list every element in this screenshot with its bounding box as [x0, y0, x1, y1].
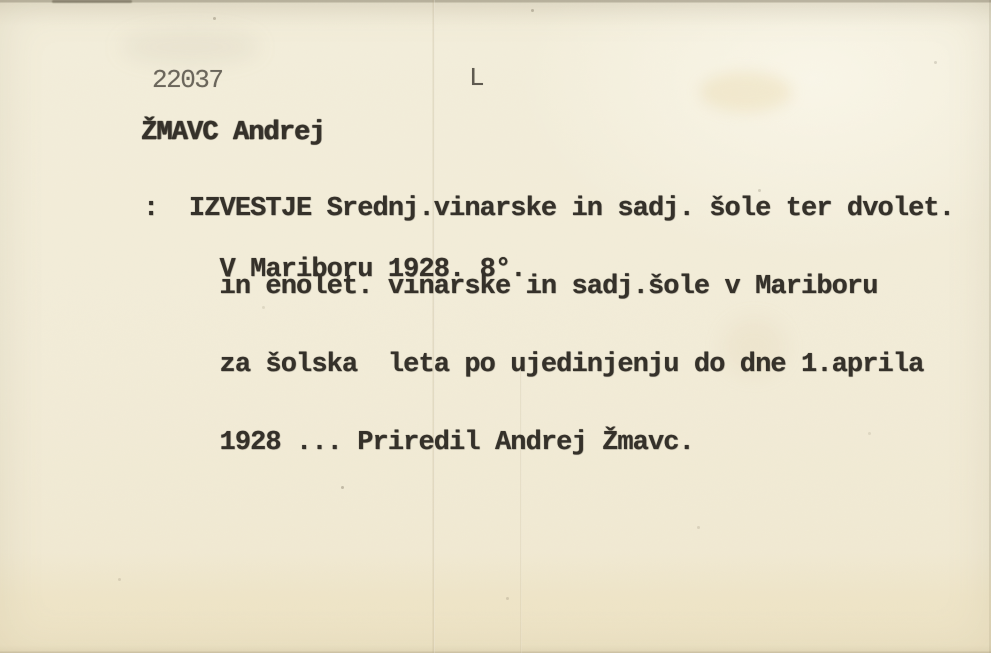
paper-stain [700, 72, 792, 112]
card-top-edge-mark [52, 0, 132, 3]
section-letter: L [469, 65, 485, 91]
card-top-edge [0, 0, 991, 26]
paper-stain [120, 30, 260, 64]
entry-line-4: 1928 ... Priredil Andrej Žmavc. [143, 430, 954, 456]
paper-discoloration [0, 552, 991, 653]
catalog-card: 22037 L ŽMAVC Andrej : IZVESTJE Srednj.v… [0, 0, 991, 653]
entry-line-1: : IZVESTJE Srednj.vinarske in sadj. šole… [143, 196, 954, 222]
call-number: 22037 [152, 67, 223, 93]
author-heading: ŽMAVC Andrej [141, 120, 325, 146]
entry-body: : IZVESTJE Srednj.vinarske in sadj. šole… [143, 144, 954, 508]
scan-speckle [697, 526, 700, 529]
scan-speckle [934, 61, 937, 64]
imprint-line: V Mariboru 1928. 8°. [143, 257, 526, 283]
entry-line-3: za šolska leta po ujedinjenju do dne 1.a… [143, 352, 954, 378]
